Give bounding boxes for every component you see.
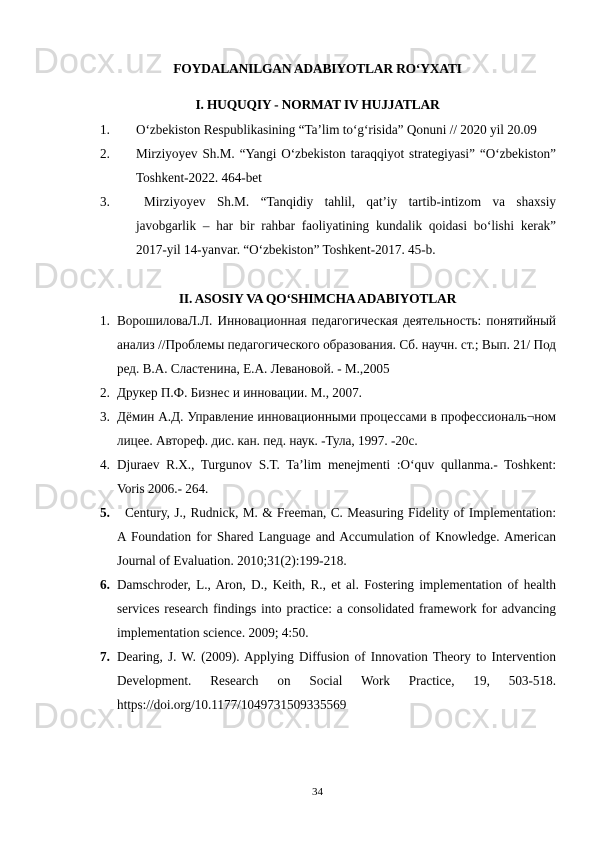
- list-item: 2. Mirziyoyev Sh.M. “Yangi O‘zbekiston t…: [0, 142, 595, 190]
- item-text: Djuraev R.X., Turgunov S.T. Ta’lim menej…: [117, 453, 556, 501]
- item-text: Mirziyoyev Sh.M. “Tanqidiy tahlil, qat’i…: [136, 190, 556, 262]
- item-text: Dearing, J. W. (2009). Applying Diffusio…: [117, 645, 556, 717]
- list-item: 1. O‘zbekiston Respublikasining “Ta’lim …: [0, 118, 595, 142]
- item-number: 3.: [100, 190, 110, 214]
- page-title: FOYDALANILGAN ADABIYOTLAR RO‘YXATI: [0, 61, 595, 77]
- item-text: O‘zbekiston Respublikasining “Ta’lim to‘…: [136, 118, 556, 142]
- section-heading-legal: I. HUQUQIY - NORMAT IV HUJJATLAR: [0, 97, 595, 113]
- item-number: 2.: [100, 142, 110, 166]
- document-page: FOYDALANILGAN ADABIYOTLAR RO‘YXATI I. HU…: [0, 0, 595, 842]
- list-item: 3. Дёмин А.Д. Управление инновационными …: [0, 405, 595, 453]
- item-number: 5.: [100, 501, 110, 525]
- reference-list-legal: 1. O‘zbekiston Respublikasining “Ta’lim …: [0, 118, 595, 262]
- item-number: 4.: [100, 453, 110, 477]
- reference-list-literature: 1. ВорошиловаЛ.Л. Инновационная педагоги…: [0, 309, 595, 717]
- item-text: Century, J., Rudnick, M. & Freeman, C. M…: [117, 501, 556, 573]
- page-number: 34: [0, 786, 595, 798]
- item-text: ВорошиловаЛ.Л. Инновационная педагогичес…: [117, 309, 556, 381]
- list-item: 4. Djuraev R.X., Turgunov S.T. Ta’lim me…: [0, 453, 595, 501]
- item-text: Damschroder, L., Aron, D., Keith, R., et…: [117, 573, 556, 645]
- item-number: 1.: [100, 309, 110, 333]
- list-item: 5. Century, J., Rudnick, M. & Freeman, C…: [0, 501, 595, 573]
- item-number: 3.: [100, 405, 110, 429]
- item-text: Друкер П.Ф. Бизнес и инновации. М., 2007…: [117, 381, 556, 405]
- item-number: 1.: [100, 118, 110, 142]
- item-text: Дёмин А.Д. Управление инновационными про…: [117, 405, 556, 453]
- section-heading-literature: II. ASOSIY VA QO‘SHIMCHA ADABIYOTLAR: [0, 291, 595, 307]
- list-item: 3. Mirziyoyev Sh.M. “Tanqidiy tahlil, qa…: [0, 190, 595, 262]
- item-number: 6.: [100, 573, 110, 597]
- item-text: Mirziyoyev Sh.M. “Yangi O‘zbekiston tara…: [136, 142, 556, 190]
- list-item: 1. ВорошиловаЛ.Л. Инновационная педагоги…: [0, 309, 595, 381]
- list-item: 2. Друкер П.Ф. Бизнес и инновации. М., 2…: [0, 381, 595, 405]
- item-number: 2.: [100, 381, 110, 405]
- list-item: 6. Damschroder, L., Aron, D., Keith, R.,…: [0, 573, 595, 645]
- list-item: 7. Dearing, J. W. (2009). Applying Diffu…: [0, 645, 595, 717]
- item-number: 7.: [100, 645, 110, 669]
